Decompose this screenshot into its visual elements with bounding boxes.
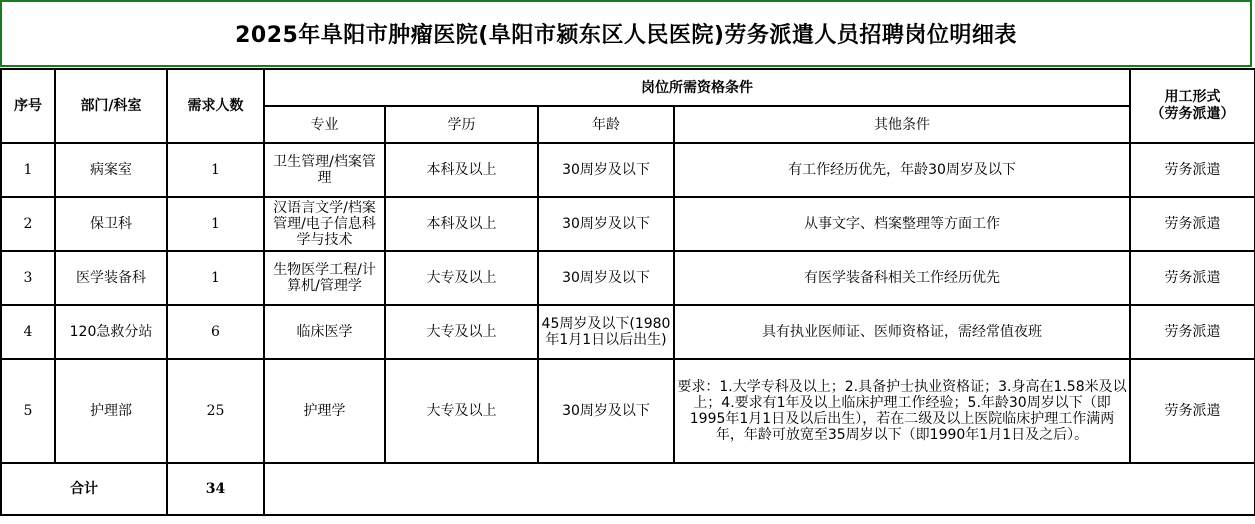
cell-education: 大专及以上 <box>385 305 538 359</box>
cell-age: 30周岁及以下 <box>538 197 674 251</box>
header-other: 其他条件 <box>674 106 1130 143</box>
header-major: 专业 <box>264 106 385 143</box>
cell-age: 30周岁及以下 <box>538 143 674 197</box>
cell-age: 30周岁及以下 <box>538 359 674 463</box>
cell-other: 有医学装备科相关工作经历优先 <box>674 251 1130 305</box>
table-row: 2 保卫科 1 汉语言文学/档案管理/电子信息科学与技术 本科及以上 30周岁及… <box>1 197 1255 251</box>
cell-employment-type: 劳务派遣 <box>1130 143 1255 197</box>
cell-headcount: 1 <box>167 143 264 197</box>
cell-major: 生物医学工程/计算机/管理学 <box>264 251 385 305</box>
cell-headcount: 25 <box>167 359 264 463</box>
header-headcount: 需求人数 <box>167 69 264 143</box>
cell-index: 3 <box>1 251 55 305</box>
cell-department: 医学装备科 <box>55 251 167 305</box>
cell-department: 保卫科 <box>55 197 167 251</box>
cell-headcount: 1 <box>167 197 264 251</box>
cell-education: 大专及以上 <box>385 359 538 463</box>
table-row: 5 护理部 25 护理学 大专及以上 30周岁及以下 要求：1.大学专科及以上；… <box>1 359 1255 463</box>
cell-other: 要求：1.大学专科及以上；2.具备护士执业资格证；3.身高在1.58米及以上；4… <box>674 359 1130 463</box>
cell-employment-type: 劳务派遣 <box>1130 359 1255 463</box>
cell-department: 120急救分站 <box>55 305 167 359</box>
cell-major: 护理学 <box>264 359 385 463</box>
cell-department: 病案室 <box>55 143 167 197</box>
cell-age: 30周岁及以下 <box>538 251 674 305</box>
cell-major: 临床医学 <box>264 305 385 359</box>
cell-other: 有工作经历优先，年龄30周岁及以下 <box>674 143 1130 197</box>
header-age: 年龄 <box>538 106 674 143</box>
cell-education: 本科及以上 <box>385 197 538 251</box>
cell-age: 45周岁及以下(1980年1月1日以后出生) <box>538 305 674 359</box>
total-empty-cell <box>264 463 1255 515</box>
total-row: 合计 34 <box>1 463 1255 515</box>
cell-index: 5 <box>1 359 55 463</box>
cell-index: 2 <box>1 197 55 251</box>
total-label: 合计 <box>1 463 167 515</box>
cell-employment-type: 劳务派遣 <box>1130 305 1255 359</box>
cell-employment-type: 劳务派遣 <box>1130 251 1255 305</box>
header-department: 部门/科室 <box>55 69 167 143</box>
cell-employment-type: 劳务派遣 <box>1130 197 1255 251</box>
cell-major: 汉语言文学/档案管理/电子信息科学与技术 <box>264 197 385 251</box>
cell-headcount: 6 <box>167 305 264 359</box>
recruitment-table: 序号 部门/科室 需求人数 岗位所需资格条件 用工形式 （劳务派遣） 专业 学历… <box>0 68 1255 516</box>
cell-education: 大专及以上 <box>385 251 538 305</box>
cell-education: 本科及以上 <box>385 143 538 197</box>
table-row: 4 120急救分站 6 临床医学 大专及以上 45周岁及以下(1980年1月1日… <box>1 305 1255 359</box>
cell-index: 1 <box>1 143 55 197</box>
cell-other: 从事文字、档案整理等方面工作 <box>674 197 1130 251</box>
header-employment-type: 用工形式 （劳务派遣） <box>1130 69 1255 143</box>
header-education: 学历 <box>385 106 538 143</box>
cell-major: 卫生管理/档案管理 <box>264 143 385 197</box>
cell-headcount: 1 <box>167 251 264 305</box>
cell-other: 具有执业医师证、医师资格证，需经常值夜班 <box>674 305 1130 359</box>
cell-department: 护理部 <box>55 359 167 463</box>
header-requirements-group: 岗位所需资格条件 <box>264 69 1130 106</box>
total-headcount: 34 <box>167 463 264 515</box>
cell-index: 4 <box>1 305 55 359</box>
header-row-1: 序号 部门/科室 需求人数 岗位所需资格条件 用工形式 （劳务派遣） <box>1 69 1255 106</box>
table-row: 3 医学装备科 1 生物医学工程/计算机/管理学 大专及以上 30周岁及以下 有… <box>1 251 1255 305</box>
page-title: 2025年阜阳市肿瘤医院(阜阳市颍东区人民医院)劳务派遣人员招聘岗位明细表 <box>0 0 1252 67</box>
header-index: 序号 <box>1 69 55 143</box>
table-row: 1 病案室 1 卫生管理/档案管理 本科及以上 30周岁及以下 有工作经历优先，… <box>1 143 1255 197</box>
